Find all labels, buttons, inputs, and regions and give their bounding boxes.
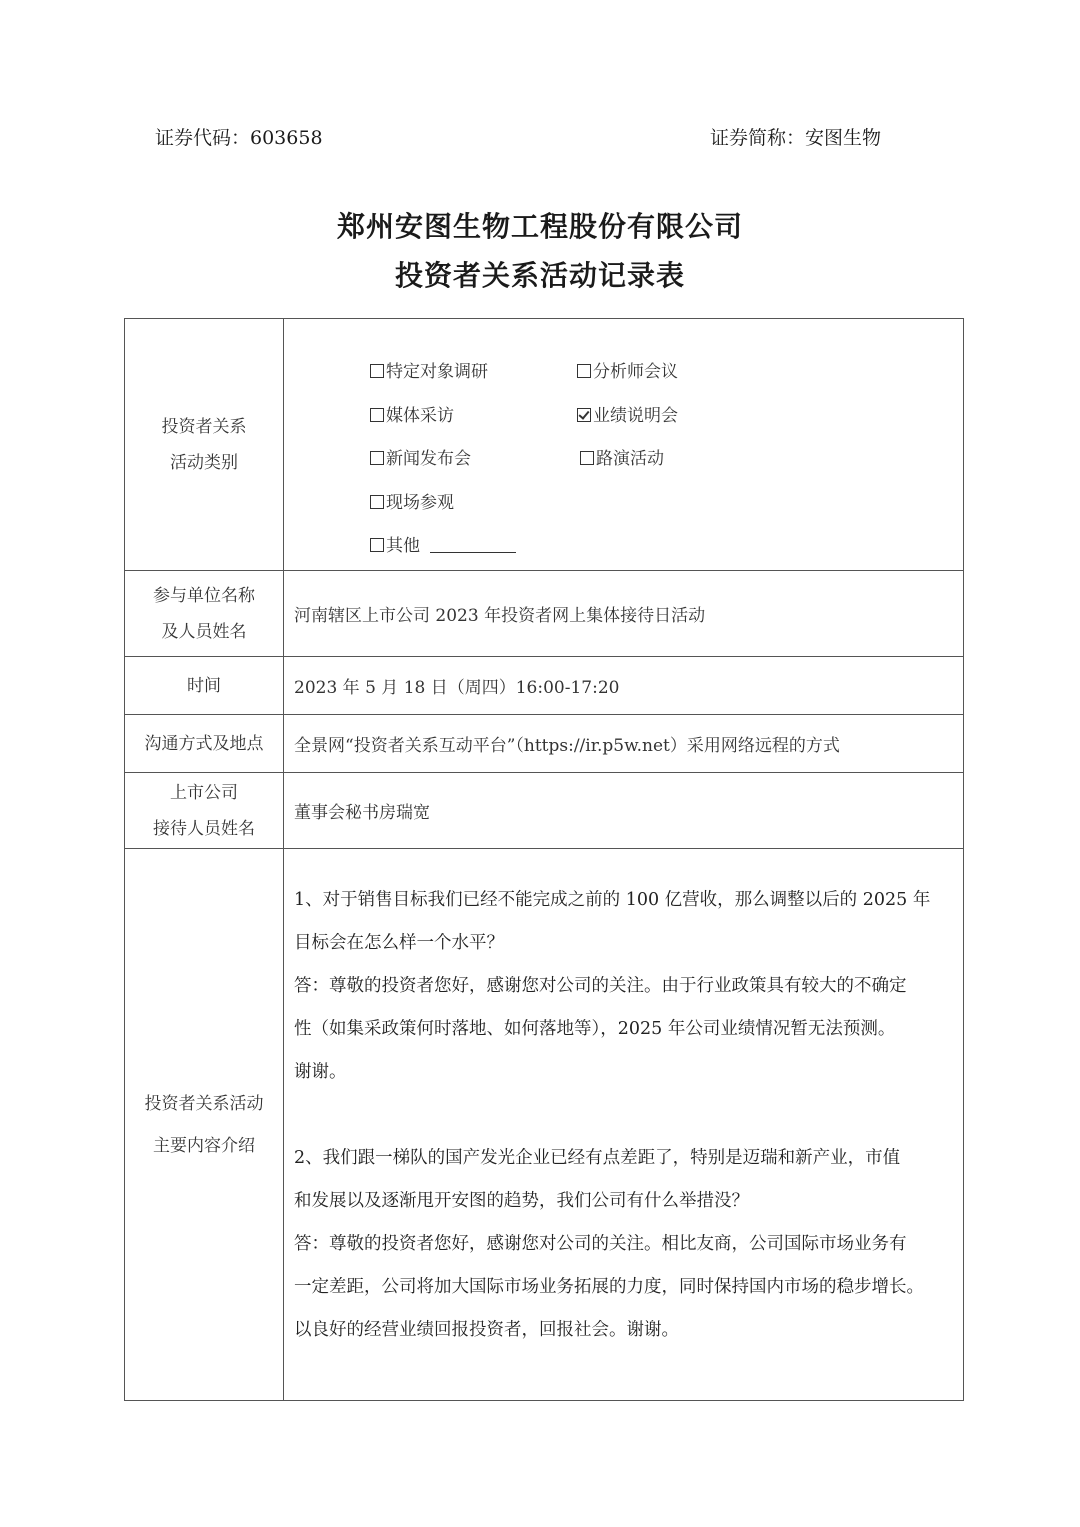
main-content-label: 投资者关系活动 主要内容介绍 [125,849,284,1401]
answer-1-line-1: 答：尊敬的投资者您好，感谢您对公司的关注。由于行业政策具有较大的不确定 [294,965,953,1008]
question-1-line-1: 1、对于销售目标我们已经不能完成之前的 100 亿营收，那么调整以后的 2025… [294,879,953,922]
receptionist-value: 董事会秘书房瑞宽 [284,773,964,849]
spacer [294,1094,953,1137]
stock-short-name: 证券简称：安图生物 [710,123,881,150]
checkbox-icon[interactable] [577,364,591,378]
question-2-line-1: 2、我们跟一梯队的国产发光企业已经有点差距了，特别是迈瑞和新产业，市值 [294,1137,953,1180]
checkbox-icon[interactable] [370,451,384,465]
row-receptionist: 上市公司 接待人员姓名 董事会秘书房瑞宽 [125,773,964,849]
answer-1-line-2: 性（如集采政策何时落地、如何落地等），2025 年公司业绩情况暂无法预测。 [294,1008,953,1051]
stock-code: 证券代码：603658 [155,123,323,150]
ir-activity-record-table: 投资者关系 活动类别 特定对象调研 分析师会议 媒体采访 业绩说明会 新闻发布会 [124,318,964,1401]
activity-type-label: 投资者关系 活动类别 [125,319,284,571]
option-specific-research[interactable]: 特定对象调研 [370,357,488,382]
time-label: 时间 [125,657,284,715]
qa-item-1: 1、对于销售目标我们已经不能完成之前的 100 亿营收，那么调整以后的 2025… [294,879,953,1094]
time-value: 2023 年 5 月 18 日（周四）16:00-17:20 [284,657,964,715]
location-label: 沟通方式及地点 [125,715,284,773]
other-blank-line[interactable] [430,552,516,553]
option-press-conference[interactable]: 新闻发布会 [370,444,471,469]
answer-2-line-2: 一定差距，公司将加大国际市场业务拓展的力度，同时保持国内市场的稳步增长。 [294,1266,953,1309]
question-1-line-2: 目标会在怎么样一个水平？ [294,922,953,965]
qa-item-2: 2、我们跟一梯队的国产发光企业已经有点差距了，特别是迈瑞和新产业，市值 和发展以… [294,1137,953,1352]
main-content-body: 1、对于销售目标我们已经不能完成之前的 100 亿营收，那么调整以后的 2025… [284,849,964,1401]
option-media-interview[interactable]: 媒体采访 [370,401,454,426]
row-location: 沟通方式及地点 全景网“投资者关系互动平台”（https://ir.p5w.ne… [125,715,964,773]
answer-2-line-1: 答：尊敬的投资者您好，感谢您对公司的关注。相比友商，公司国际市场业务有 [294,1223,953,1266]
row-activity-type: 投资者关系 活动类别 特定对象调研 分析师会议 媒体采访 业绩说明会 新闻发布会 [125,319,964,571]
answer-1-line-3: 谢谢。 [294,1051,953,1094]
receptionist-label: 上市公司 接待人员姓名 [125,773,284,849]
option-roadshow[interactable]: 路演活动 [580,444,664,469]
activity-type-options: 特定对象调研 分析师会议 媒体采访 业绩说明会 新闻发布会 路演活动 [284,319,964,571]
row-time: 时间 2023 年 5 月 18 日（周四）16:00-17:20 [125,657,964,715]
answer-2-line-3: 以良好的经营业绩回报投资者，回报社会。谢谢。 [294,1309,953,1352]
participants-label: 参与单位名称 及人员姓名 [125,571,284,657]
checkbox-icon[interactable] [370,495,384,509]
question-2-line-2: 和发展以及逐渐甩开安图的趋势，我们公司有什么举措没？ [294,1180,953,1223]
checkbox-icon[interactable] [580,451,594,465]
checkbox-icon[interactable] [370,538,384,552]
option-site-visit[interactable]: 现场参观 [370,488,454,513]
option-other[interactable]: 其他 [370,531,516,556]
row-main-content: 投资者关系活动 主要内容介绍 1、对于销售目标我们已经不能完成之前的 100 亿… [125,849,964,1401]
participants-value: 河南辖区上市公司 2023 年投资者网上集体接待日活动 [284,571,964,657]
option-analyst-meeting[interactable]: 分析师会议 [577,357,678,382]
option-earnings-briefing[interactable]: 业绩说明会 [577,401,678,426]
location-value: 全景网“投资者关系互动平台”（https://ir.p5w.net）采用网络远程… [284,715,964,773]
checkbox-icon[interactable] [370,408,384,422]
row-participants: 参与单位名称 及人员姓名 河南辖区上市公司 2023 年投资者网上集体接待日活动 [125,571,964,657]
checkbox-icon[interactable] [370,364,384,378]
checkbox-checked-icon[interactable] [577,408,591,422]
company-title: 郑州安图生物工程股份有限公司 [0,205,1080,245]
form-title: 投资者关系活动记录表 [0,254,1080,294]
